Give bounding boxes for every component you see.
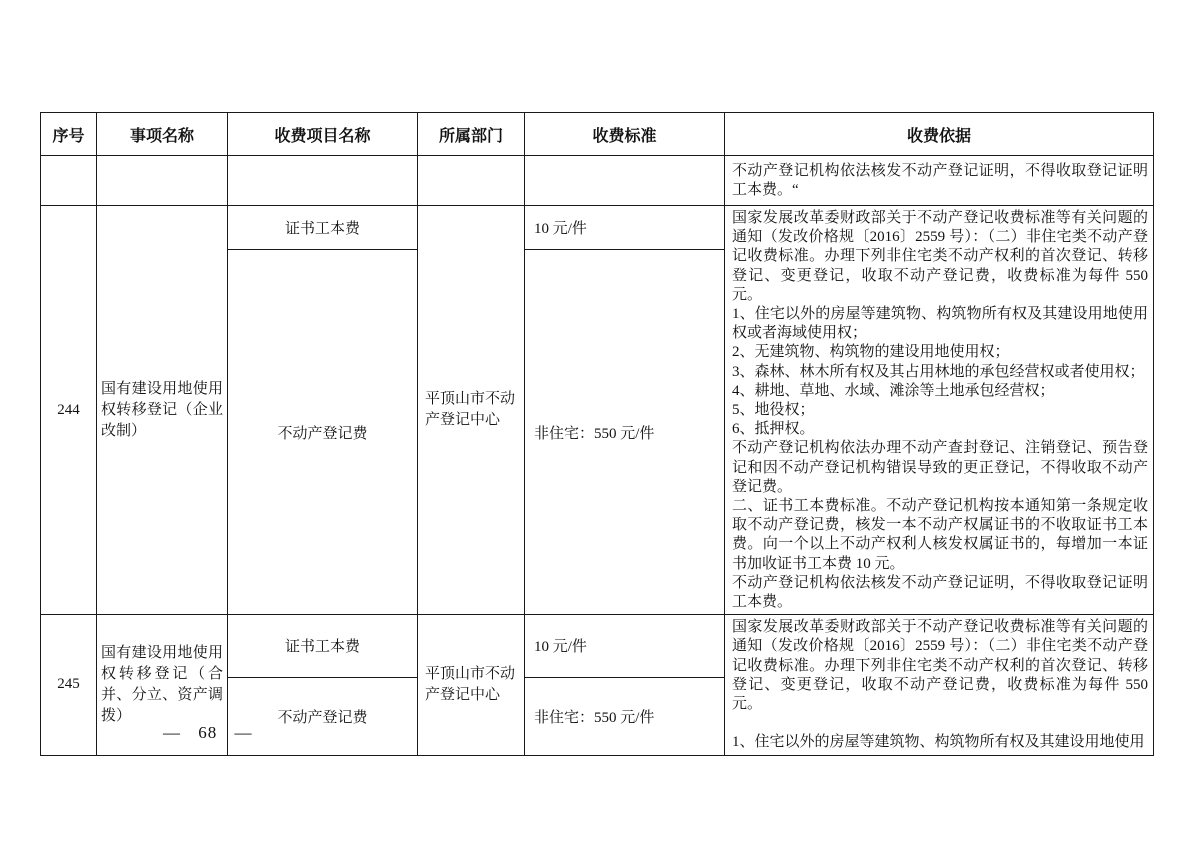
carryover-basis-cell: 不动产登记机构依法核发不动产登记证明，不得收取登记证明工本费。“	[725, 156, 1154, 206]
seq-cell-244: 244	[41, 206, 97, 615]
fee-standard-cell-244-certificate: 10 元/件	[525, 206, 725, 250]
fee-project-cell-244-registration: 不动产登记费	[228, 250, 418, 615]
item-name-cell-244: 国有建设用地使用权转移登记（企业改制）	[97, 206, 228, 615]
document-page: 序号 事项名称 收费项目名称 所属部门 收费标准 收费依据 不动产登记机构依法核…	[0, 0, 1200, 848]
empty-department-cell	[418, 156, 525, 206]
fee-standard-cell-245-registration: 非住宅：550 元/件	[525, 677, 725, 755]
row-245-certificate-subrow: 245 国有建设用地使用权转移登记（合并、分立、资产调拨） 证书工本费 平顶山市…	[41, 615, 1154, 677]
empty-seq-cell	[41, 156, 97, 206]
fee-basis-cell-245: 国家发展改革委财政部关于不动产登记收费标准等有关问题的通知（发改价格规〔2016…	[725, 615, 1154, 755]
fee-standard-cell-245-certificate: 10 元/件	[525, 615, 725, 677]
page-number: — 68 —	[163, 723, 253, 743]
fee-project-cell-244-certificate: 证书工本费	[228, 206, 418, 250]
seq-cell-245: 245	[41, 615, 97, 755]
row-244-certificate-subrow: 244 国有建设用地使用权转移登记（企业改制） 证书工本费 平顶山市不动产登记中…	[41, 206, 1154, 250]
empty-fee-standard-cell	[525, 156, 725, 206]
col-header-fee-standard: 收费标准	[525, 113, 725, 156]
col-header-fee-project: 收费项目名称	[228, 113, 418, 156]
table-header-row: 序号 事项名称 收费项目名称 所属部门 收费标准 收费依据	[41, 113, 1154, 156]
fee-standard-cell-244-registration: 非住宅：550 元/件	[525, 250, 725, 615]
carryover-row: 不动产登记机构依法核发不动产登记证明，不得收取登记证明工本费。“	[41, 156, 1154, 206]
fee-table: 序号 事项名称 收费项目名称 所属部门 收费标准 收费依据 不动产登记机构依法核…	[40, 112, 1154, 756]
col-header-department: 所属部门	[418, 113, 525, 156]
empty-fee-project-cell	[228, 156, 418, 206]
col-header-fee-basis: 收费依据	[725, 113, 1154, 156]
fee-project-cell-245-registration: 不动产登记费	[228, 677, 418, 755]
fee-basis-cell-244: 国家发展改革委财政部关于不动产登记收费标准等有关问题的通知（发改价格规〔2016…	[725, 206, 1154, 615]
col-header-seq: 序号	[41, 113, 97, 156]
department-cell-244: 平顶山市不动产登记中心	[418, 206, 525, 615]
empty-item-name-cell	[97, 156, 228, 206]
fee-project-cell-245-certificate: 证书工本费	[228, 615, 418, 677]
col-header-item-name: 事项名称	[97, 113, 228, 156]
department-cell-245: 平顶山市不动产登记中心	[418, 615, 525, 755]
